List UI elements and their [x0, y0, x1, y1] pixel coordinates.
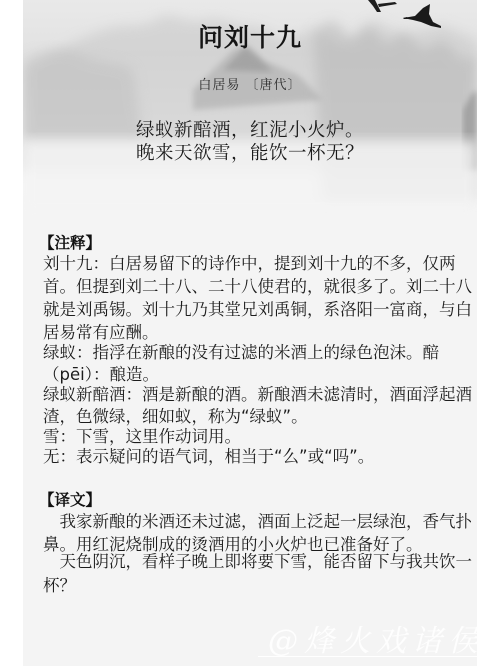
- poem-line: 绿蚁新醅酒，红泥小火炉。: [136, 119, 364, 142]
- poem-author: 白居易 〔唐代〕: [23, 74, 477, 93]
- watermark: @烽火戏诸侯: [268, 616, 477, 660]
- poem-body: 绿蚁新醅酒，红泥小火炉。 晚来天欲雪，能饮一杯无？: [136, 119, 364, 165]
- poem-card: 问刘十九 白居易 〔唐代〕 绿蚁新醅酒，红泥小火炉。 晚来天欲雪，能饮一杯无？ …: [23, 0, 477, 666]
- annotation-line: 绿蚁：指浮在新酿的没有过滤的米酒上的绿色泡沫。醅: [43, 339, 439, 363]
- annotation-line: 无：表示疑问的语气词，相当于“么”或“吗”。: [43, 443, 374, 467]
- translation-line: 我家新酿的米酒还未过滤，酒面上泛起一层绿泡，香气扑: [43, 508, 472, 532]
- translation-line: 天色阴沉，看样子晚上即将要下雪，能否留下与我共饮一: [43, 548, 472, 572]
- annotation-line: 就是刘禹锡。刘十九乃其堂兄刘禹铜，系洛阳一富商，与白: [43, 296, 472, 320]
- annotation-line: 首。但提到刘二十八、二十八使君的，就很多了。刘二十八: [43, 273, 472, 297]
- annotation-line: 刘十九：白居易留下的诗作中，提到刘十九的不多，仅两: [43, 250, 456, 274]
- crane-icon: [368, 0, 397, 12]
- annotation-line: 绿蚁新醅酒：酒是新酿的酒。新酿酒未滤清时，酒面浮起酒: [43, 381, 472, 405]
- translation-header: 【译文】: [39, 488, 101, 510]
- translation-line: 杯？: [43, 572, 76, 596]
- poem-line: 晚来天欲雪，能饮一杯无？: [136, 142, 364, 165]
- watermark-underline: [258, 656, 477, 657]
- poem-title: 问刘十九: [23, 18, 477, 54]
